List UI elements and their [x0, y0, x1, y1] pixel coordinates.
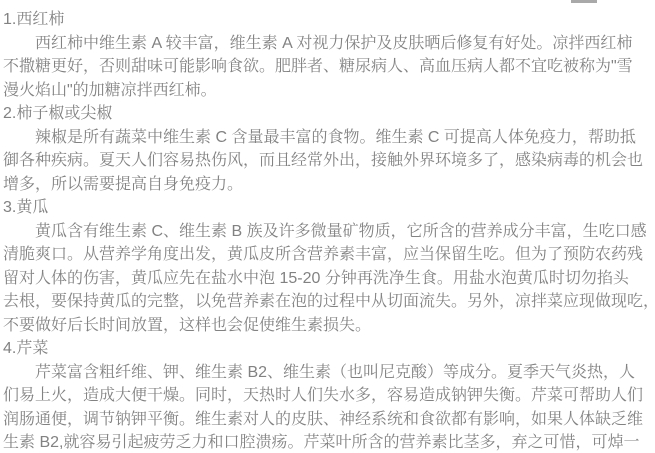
section-tomato: 1.西红柿 西红柿中维生素 A 较丰富，维生素 A 对视力保护及皮肤晒后修复有好… [3, 8, 655, 102]
text-line: 留对人体的伤害，黄瓜应先在盐水中泡 15-20 分钟再洗净生食。用盐水泡黄瓜时切… [3, 267, 655, 291]
section-heading: 4.芹菜 [3, 337, 655, 361]
text-line: 增多，所以需要提高自身免疫力。 [3, 173, 655, 197]
text-line: 不要做好后长时间放置，这样也会促使维生素损失。 [3, 314, 655, 338]
text-line: 辣椒是所有蔬菜中维生素 C 含量最丰富的食物。维生素 C 可提高人体免疫力，帮助… [3, 126, 655, 150]
text-line: 清脆爽口。从营养学角度出发，黄瓜皮所含营养素丰富，应当保留生吃。但为了预防农药残 [3, 243, 655, 267]
text-line: 们易上火，造成大便干燥。同时，天热时人们失水多，容易造成钠钾失衡。芹菜可帮助人们 [3, 384, 655, 408]
text-line: 生素 B2,就容易引起疲劳乏力和口腔溃疡。芹菜叶所含的营养素比茎多，弃之可惜，可… [3, 431, 655, 453]
text-line: 御各种疾病。夏天人们容易热伤风，而且经常外出，接触外界环境多了，感染病毒的机会也 [3, 149, 655, 173]
section-cucumber: 3.黄瓜 黄瓜含有维生素 C、维生素 B 族及许多微量矿物质，它所含的营养成分丰… [3, 196, 655, 337]
text-line: 润肠通便，调节钠钾平衡。维生素对人的皮肤、神经系统和食欲都有影响，如果人体缺乏维 [3, 408, 655, 432]
text-line: 不撒糖更好，否则甜味可能影响食欲。肥胖者、糖尿病人、高血压病人都不宜吃被称为"雪 [3, 55, 655, 79]
section-heading: 2.柿子椒或尖椒 [3, 102, 655, 126]
text-line: 芹菜富含粗纤维、钾、维生素 B2、维生素（也叫尼克酸）等成分。夏季天气炎热，人 [3, 361, 655, 385]
text-line: 黄瓜含有维生素 C、维生素 B 族及许多微量矿物质，它所含的营养成分丰富，生吃口… [3, 220, 655, 244]
article: 1.西红柿 西红柿中维生素 A 较丰富，维生素 A 对视力保护及皮肤晒后修复有好… [0, 0, 655, 453]
section-heading: 1.西红柿 [3, 8, 655, 32]
text-line: 去根，要保持黄瓜的完整，以免营养素在泡的过程中从切面流失。另外，凉拌菜应现做现吃… [3, 290, 655, 314]
section-pepper: 2.柿子椒或尖椒 辣椒是所有蔬菜中维生素 C 含量最丰富的食物。维生素 C 可提… [3, 102, 655, 196]
section-celery: 4.芹菜 芹菜富含粗纤维、钾、维生素 B2、维生素（也叫尼克酸）等成分。夏季天气… [3, 337, 655, 453]
text-line: 漫火焰山"的加糖凉拌西红柿。 [3, 79, 655, 103]
section-heading: 3.黄瓜 [3, 196, 655, 220]
text-line: 西红柿中维生素 A 较丰富，维生素 A 对视力保护及皮肤晒后修复有好处。凉拌西红… [3, 32, 655, 56]
scrollbar-thumb-fragment[interactable] [571, 0, 597, 3]
